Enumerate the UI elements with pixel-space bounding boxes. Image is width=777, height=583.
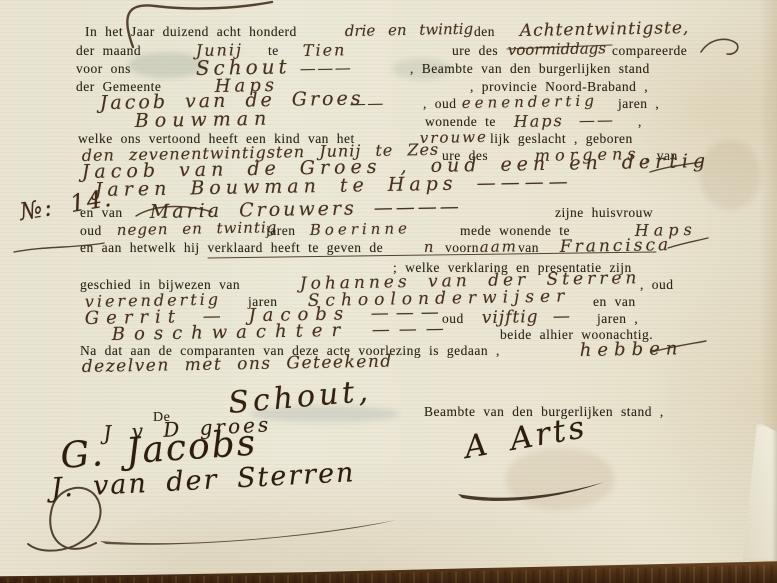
handwritten-text: Jaren Bouwman te Haps ———— [95,173,573,200]
handwritten-text: Bouwman [135,110,273,131]
paper-fold [741,421,777,561]
printed-text: en aan hetwelk hij verklaard heeft te ge… [80,238,383,257]
printed-text: , Beambte van den burgerlijken stand [410,59,650,78]
printed-text: van [518,238,539,257]
handwritten-text: Achtentwintigste, [520,19,690,41]
printed-text: ure des [452,41,498,60]
handwritten-text: n [424,238,436,257]
handwritten-text: negen en twintig [117,218,278,240]
bottom-sweep-flourish [100,520,396,545]
document-page: In het Jaar duizend acht honderddrie en … [0,0,777,583]
printed-text: der maand [76,41,141,60]
printed-text: In het Jaar duizend acht honderd [85,22,297,41]
printed-text: jaren , [618,94,659,113]
handwritten-text: ——— [300,58,353,78]
document-line: Jacob van de Groes——, oudeenendertigjare… [0,94,777,114]
handwritten-text: Maria Crouwers ———— [150,198,462,222]
handwritten-text: voormiddags [508,39,607,60]
printed-text: voorn [445,238,479,257]
handwritten-text: aam [480,237,518,257]
handwritten-text: drie en twintig [345,20,474,41]
ink-bleedthrough [505,448,615,510]
handwritten-text: Haps —— [514,110,615,131]
printed-text: den [474,22,495,41]
handwritten-text: Tien [303,40,347,60]
handwritten-text: dezelven met ons Geteekend [82,353,393,377]
handwritten-text: eenendertig [462,92,598,113]
scan-edge-texture [0,553,777,583]
document-line: voor onsSchout———, Beambte van den burge… [0,59,777,79]
handwritten-text: hebben [580,339,684,360]
printed-text: , oud [423,94,457,113]
document-line: en aan hetwelk hij verklaard heeft te ge… [0,238,777,258]
printed-text: compareerde [612,41,687,60]
document-line: der maandJunijteTienure desvoormiddagsco… [0,41,777,61]
arts-underline-flourish [458,482,604,501]
handwritten-text: —— [350,93,385,113]
handwritten-text: Francisca [560,236,672,257]
document-line: In het Jaar duizend acht honderddrie en … [0,22,777,42]
document-line: dezelven met ons Geteekend [0,358,777,378]
printed-text: voor ons [76,59,131,78]
handwritten-text: Boerinne [310,219,411,240]
printed-text: zijne huisvrouw [555,203,653,222]
